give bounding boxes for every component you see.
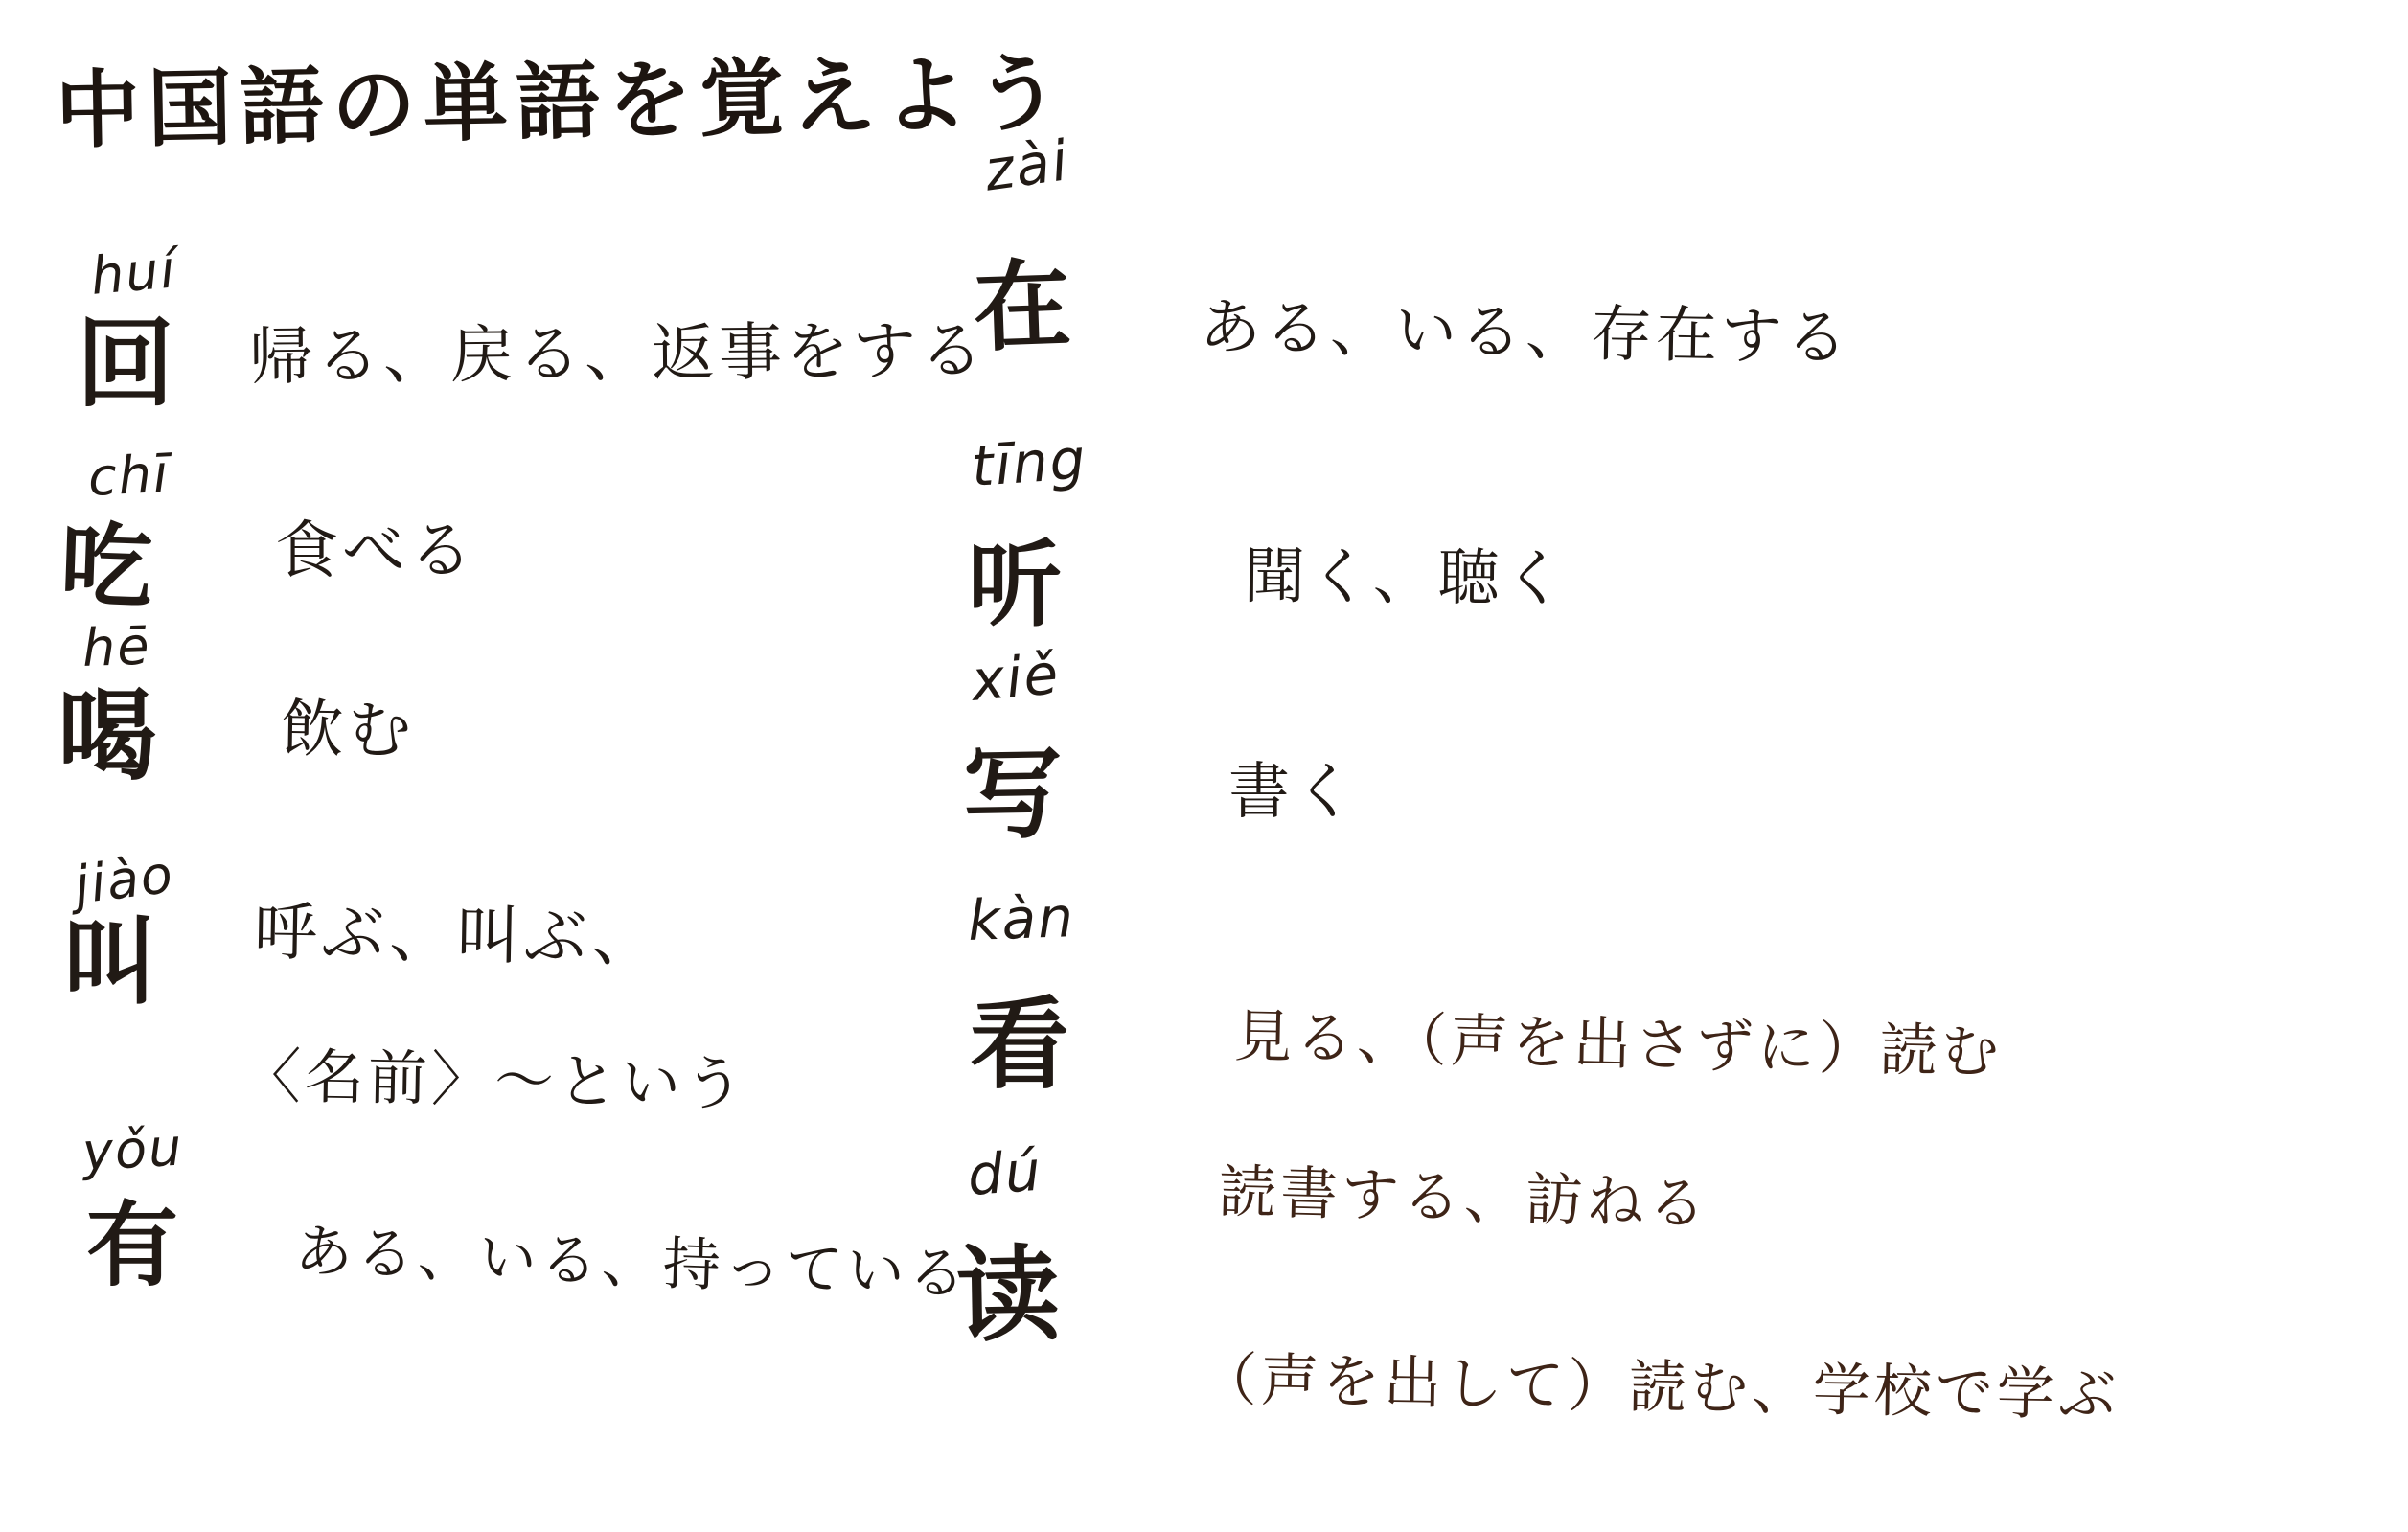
pinyin-label-kan: kàn xyxy=(967,889,1076,949)
note-title: 中国語の単語を覚えよう xyxy=(55,52,1067,153)
meaning-text-zai: ある、いる、存在する xyxy=(1199,297,1851,370)
hanzi-character-kan: 看 xyxy=(970,995,1069,1094)
meaning-text-kan: 見る、（声を出さずに）読む xyxy=(1233,1008,2003,1082)
pinyin-label-hui: huí xyxy=(89,243,179,303)
pinyin-label-zai: zài xyxy=(981,132,1072,199)
meaning-text-chi: 食べる xyxy=(275,519,476,583)
meaning-text-xie: 書く xyxy=(1228,762,1359,823)
meaning-text-he: 飲む xyxy=(280,697,415,763)
hanzi-character-du: 读 xyxy=(955,1244,1061,1349)
handwritten-note-page: 中国語の単語を覚えよう huí 回 帰る、戻る、返事をする chī 吃 食べる … xyxy=(0,0,2408,1532)
meaning-text-jiao-line1: 呼ぶ、叫ぶ、 xyxy=(253,901,659,971)
meaning-text-you: ある、いる、持っている xyxy=(294,1223,971,1304)
hanzi-character-xie: 写 xyxy=(962,743,1064,845)
pinyin-label-you: yǒu xyxy=(81,1122,185,1178)
pinyin-label-he: hē xyxy=(81,621,151,675)
hanzi-character-you: 有 xyxy=(86,1200,178,1292)
pinyin-label-chi: chī xyxy=(87,448,172,504)
hanzi-character-jiao: 叫 xyxy=(63,916,157,1010)
meaning-text-du-line2: （声を出して）読む、学校で学ぶ xyxy=(1199,1351,2120,1425)
meaning-text-hui: 帰る、戻る、返事をする xyxy=(249,319,988,389)
pinyin-label-ting: tīng xyxy=(970,431,1089,494)
pinyin-label-du: dú xyxy=(966,1143,1043,1203)
hanzi-character-he: 喝 xyxy=(57,686,157,786)
hanzi-character-chi: 吃 xyxy=(58,519,153,614)
meaning-text-du-line1: 読書する、訪ねる xyxy=(1218,1163,1709,1233)
meaning-text-ting: 聞く、聴く xyxy=(1244,546,1569,610)
hanzi-character-ting: 听 xyxy=(968,538,1062,632)
hanzi-character-zai: 在 xyxy=(972,257,1072,357)
hanzi-character-hui: 回 xyxy=(77,316,174,414)
pinyin-label-jiao: jiào xyxy=(72,849,177,912)
meaning-text-jiao-line2: 〈名前〉～という xyxy=(241,1046,747,1114)
pinyin-label-xie: xiě xyxy=(969,646,1062,709)
